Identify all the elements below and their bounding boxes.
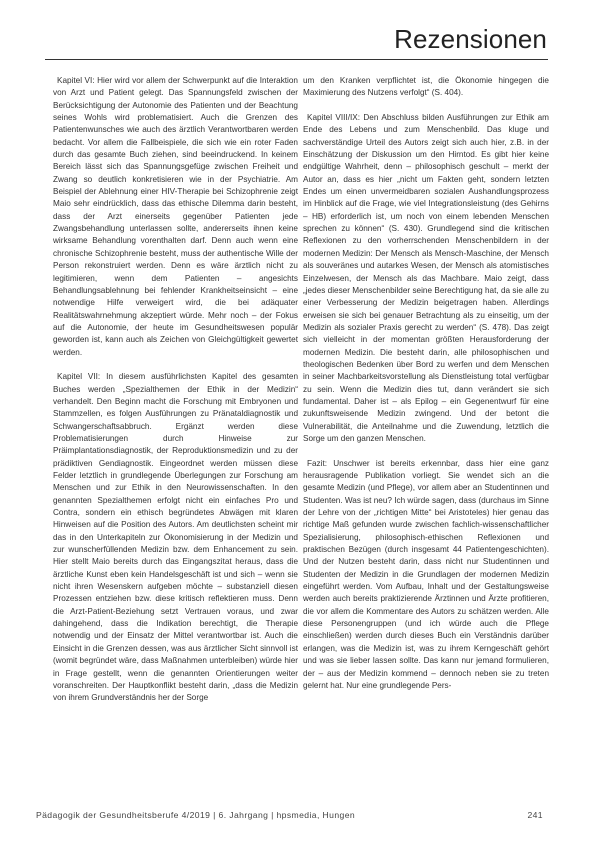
left-column: Kapitel VI: Hier wird vor allem der Schw… bbox=[53, 75, 298, 717]
paragraph-kapitel-vi: Kapitel VI: Hier wird vor allem der Schw… bbox=[53, 75, 298, 359]
paragraph-kapitel-viii-ix: Kapitel VIII/IX: Den Abschluss bilden Au… bbox=[303, 112, 549, 445]
paragraph-fazit: Fazit: Unschwer ist bereits erkennbar, d… bbox=[303, 458, 549, 693]
page-number: 241 bbox=[527, 810, 543, 820]
paragraph-kapitel-vii: Kapitel VII: In diesem ausführlichsten K… bbox=[53, 371, 298, 704]
paragraph-continuation: um den Kranken verpflichtet ist, die Öko… bbox=[303, 75, 549, 100]
header-divider bbox=[45, 59, 548, 60]
right-column: um den Kranken verpflichtet ist, die Öko… bbox=[303, 75, 549, 705]
journal-citation: Pädagogik der Gesundheitsberufe 4/2019 |… bbox=[36, 810, 355, 820]
section-title: Rezensionen bbox=[394, 24, 547, 55]
